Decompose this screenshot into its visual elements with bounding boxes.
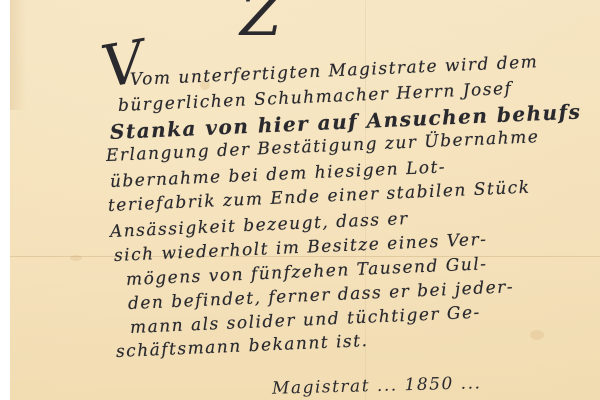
ink-stain — [530, 330, 544, 340]
ink-stain — [70, 255, 82, 261]
document-page: Z V Vom unterfertigten Magistrate wird d… — [10, 0, 600, 400]
closing-place-date: Magistrat ... 1850 ... — [272, 373, 482, 398]
initial-letter: V — [96, 27, 149, 101]
top-flourish: Z — [240, 0, 282, 50]
